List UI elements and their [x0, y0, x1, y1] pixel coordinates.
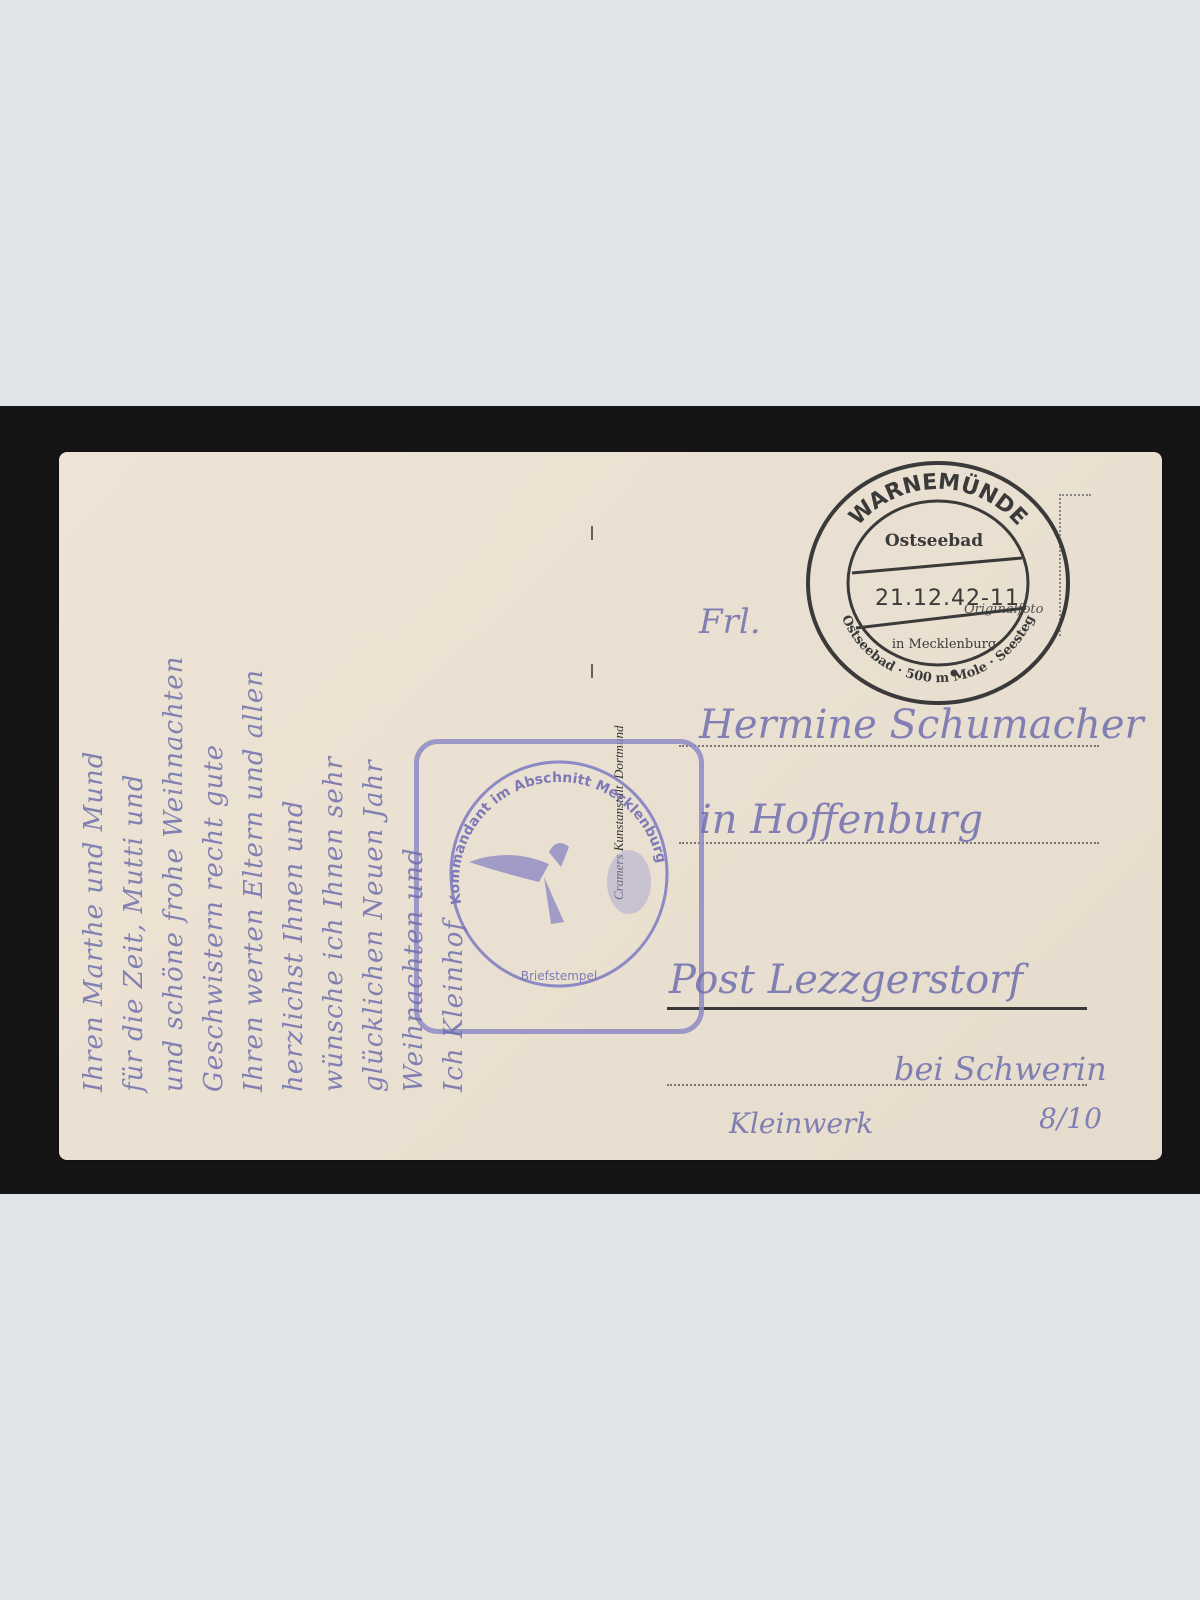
address-note: Kleinwerk: [729, 1107, 873, 1140]
message-line: und schöne frohe Weihnachten: [159, 656, 189, 1092]
message-line: Ihren werten Eltern und allen: [239, 669, 269, 1092]
message-line: Ich Kleinhof: [439, 920, 469, 1092]
svg-text:in Mecklenburg: in Mecklenburg: [892, 637, 996, 652]
address-line-town: in Hoffenburg: [699, 797, 983, 843]
svg-text:Ostseebad: Ostseebad: [885, 531, 983, 551]
warnemuende-postmark: WARNEMÜNDE Ostseebad · 500 m Mole · Sees…: [804, 458, 1072, 708]
address-salutation: Frl.: [699, 602, 761, 642]
address-line-region: bei Schwerin: [894, 1050, 1107, 1088]
address-line-name: Hermine Schumacher: [699, 702, 1144, 748]
postcard: Cramers Kunstanstalt, Dortmund WARNEMÜND…: [59, 452, 1162, 1160]
address-line-post: Post Lezzgerstorf: [669, 957, 1023, 1003]
message-line: für die Zeit, Mutti und: [119, 774, 149, 1092]
message-line: Ihren Marthe und Mund: [79, 751, 109, 1092]
message-line: herzlichst Ihnen und: [279, 799, 309, 1092]
message-line: wünsche ich Ihnen sehr: [319, 756, 349, 1092]
svg-text:Briefstempel: Briefstempel: [521, 969, 597, 983]
message-line: glücklichen Neuen Jahr: [359, 759, 389, 1092]
message-line: Weihnachten und: [399, 847, 429, 1092]
address-line-3: [667, 1007, 1087, 1010]
message-line: Geschwistern recht gute: [199, 744, 229, 1092]
photo-frame: Cramers Kunstanstalt, Dortmund WARNEMÜND…: [0, 406, 1200, 1194]
postmark-overprint: Originalfoto: [964, 602, 1043, 617]
address-number: 8/10: [1039, 1102, 1102, 1135]
cachet-seal: Kommandant im Abschnitt Mecklenburg Brie…: [439, 752, 679, 997]
